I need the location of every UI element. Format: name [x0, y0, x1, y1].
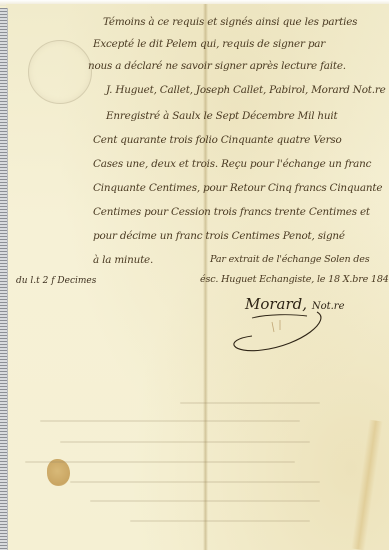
text-line-8: Cinquante Centimes, pour Retour Cinq fra…: [93, 182, 382, 194]
bleed-through-line: [60, 441, 310, 443]
signature-flourish-icon: [222, 300, 332, 360]
text-line-7: Cases une, deux et trois. Reçu pour l'éc…: [93, 158, 371, 170]
embossed-seal: [28, 40, 92, 104]
text-line-5: Enregistré à Saulx le Sept Décembre Mil …: [106, 110, 338, 122]
text-line-4: J. Huguet, Callet, Joseph Callet, Pabiro…: [106, 84, 386, 96]
bleed-through-line: [25, 461, 295, 463]
text-line-1: Témoins à ce requis et signés ainsi que …: [103, 16, 357, 28]
bleed-through-line: [180, 402, 320, 404]
text-line-11: à la minute.: [93, 254, 153, 266]
bleed-through-line: [70, 481, 320, 483]
document-scan: Témoins à ce requis et signés ainsi que …: [0, 0, 389, 550]
scale-ruler: [0, 8, 8, 550]
stain-spot: [47, 459, 70, 486]
text-line-2: Excepté le dit Pelem qui, requis de sign…: [93, 38, 325, 50]
text-line-9: Centimes pour Cession trois francs trent…: [93, 206, 370, 218]
margin-annotation: du l.t 2 f Decimes: [16, 276, 96, 286]
extract-line-1: Par extrait de l'échange Solen des: [210, 254, 369, 265]
bleed-through-line: [90, 500, 320, 502]
text-line-10: pour décime un franc trois Centimes Peno…: [93, 230, 345, 242]
bleed-through-line: [130, 520, 310, 522]
text-line-3: nous a déclaré ne savoir signer après le…: [88, 60, 346, 72]
bleed-through-line: [40, 420, 300, 422]
text-line-6: Cent quarante trois folio Cinquante quat…: [93, 134, 342, 146]
extract-line-2: ésc. Huguet Echangiste, le 18 X.bre 1841: [200, 274, 389, 285]
